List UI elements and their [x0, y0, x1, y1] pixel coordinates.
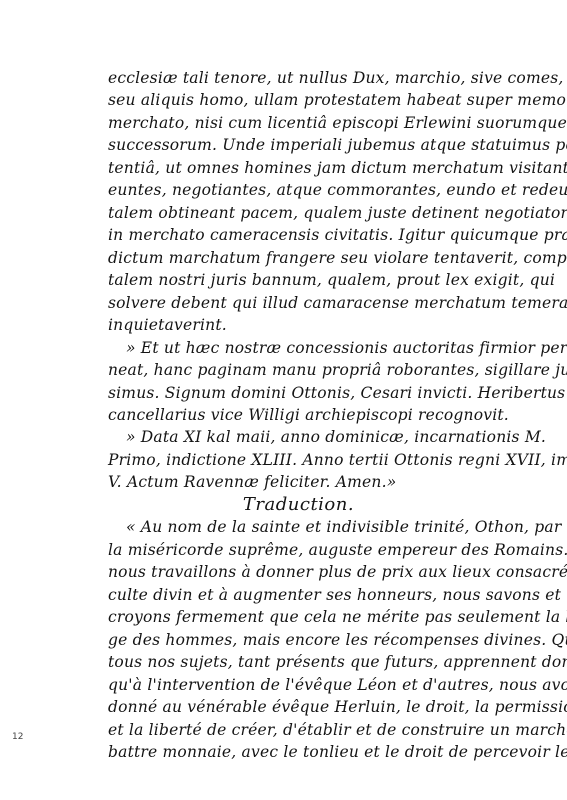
french-line: croyons fermement que cela ne mérite pas…: [108, 607, 548, 627]
french-line: qu'à l'intervention de l'évêque Léon et …: [108, 675, 548, 695]
french-line: culte divin et à augmenter ses honneurs,…: [108, 585, 548, 605]
french-line: donné au vénérable évêque Herluin, le dr…: [108, 697, 548, 717]
manuscript-page: ecclesiæ tali tenore, ut nullus Dux, mar…: [0, 0, 567, 800]
page-number: 12: [12, 732, 23, 742]
latin-line: inquietaverint.: [108, 315, 548, 335]
french-line: nous travaillons à donner plus de prix a…: [108, 562, 548, 582]
french-line: battre monnaie, avec le tonlieu et le dr…: [108, 742, 548, 762]
latin-line: tentiâ, ut omnes homines jam dictum merc…: [108, 158, 548, 178]
latin-line: ecclesiæ tali tenore, ut nullus Dux, mar…: [108, 68, 548, 88]
latin-line: dictum marchatum frangere seu violare te…: [108, 248, 548, 268]
latin-line: in merchato cameracensis civitatis. Igit…: [108, 225, 548, 245]
latin-line: successorum. Unde imperiali jubemus atqu…: [108, 135, 548, 155]
latin-line: Primo, indictione XLIII. Anno tertii Ott…: [108, 450, 548, 470]
latin-line: seu aliquis homo, ullam protestatem habe…: [108, 90, 548, 110]
latin-line: merchato, nisi cum licentiâ episcopi Erl…: [108, 113, 548, 133]
latin-line: » Data XI kal maii, anno dominicæ, incar…: [126, 427, 566, 447]
french-line: tous nos sujets, tant présents que futur…: [108, 652, 548, 672]
latin-line: talem nostri juris bannum, qualem, prout…: [108, 270, 548, 290]
latin-line: neat, hanc paginam manu propriâ roborant…: [108, 360, 548, 380]
latin-line: simus. Signum domini Ottonis, Cesari inv…: [108, 383, 548, 403]
french-line: et la liberté de créer, d'établir et de …: [108, 720, 548, 740]
french-line: ge des hommes, mais encore les récompens…: [108, 630, 548, 650]
french-line: « Au nom de la sainte et indivisible tri…: [126, 517, 566, 537]
french-line: la miséricorde suprême, auguste empereur…: [108, 540, 548, 560]
latin-line: euntes, negotiantes, atque commorantes, …: [108, 180, 548, 200]
latin-line: V. Actum Ravennæ feliciter. Amen.»: [108, 472, 548, 492]
section-heading: Traduction.: [0, 495, 567, 515]
latin-line: » Et ut hæc nostræ concessionis auctorit…: [126, 338, 566, 358]
latin-line: solvere debent qui illud camaracense mer…: [108, 293, 548, 313]
latin-line: talem obtineant pacem, qualem juste deti…: [108, 203, 548, 223]
latin-line: cancellarius vice Willigi archiepiscopi …: [108, 405, 548, 425]
